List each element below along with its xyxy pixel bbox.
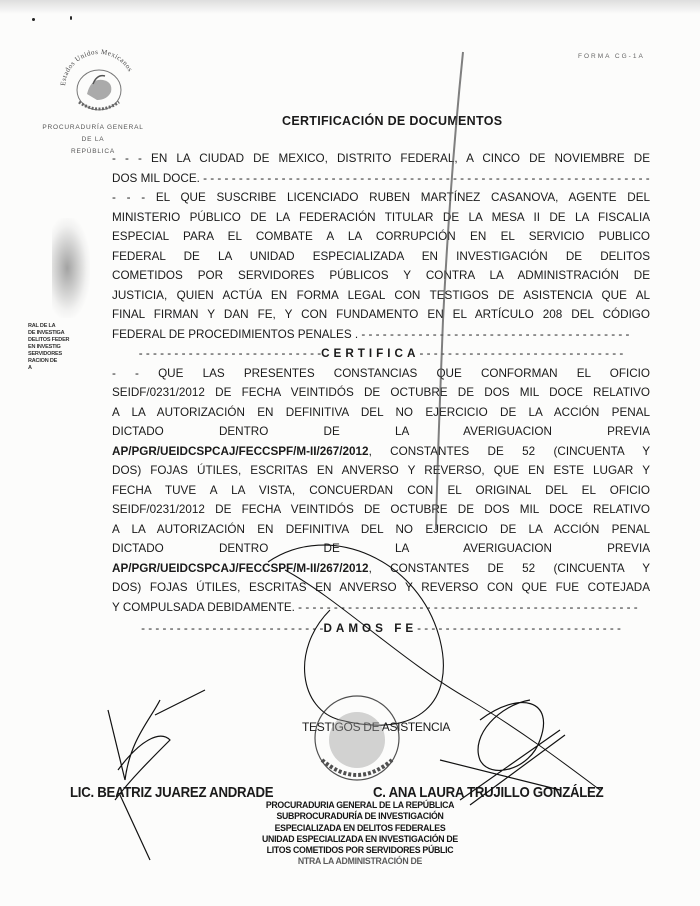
- body-line: DOS MIL DOCE. - - - - - - - - - - - - - …: [112, 172, 650, 186]
- round-seal-stamp: [315, 696, 399, 780]
- official-stamp-line: PROCURADURIA GENERAL DE LA REPÚBLICA: [240, 800, 479, 811]
- body-line-text: , CONSTANTES DE 52 (CINCUENTA Y: [369, 562, 650, 575]
- body-line: DICTADO DENTRO DE LA AVERIGUACION PREVIA: [112, 425, 650, 439]
- margin-stamp-line: A: [28, 365, 102, 372]
- body-line-text: , CONSTANTES DE 52 (CINCUENTA Y: [369, 445, 650, 458]
- official-stamp-line: SUBPROCURADURÍA DE INVESTIGACIÓN: [240, 811, 479, 822]
- body-line: FEDERAL DE PROCEDIMIENTOS PENALES . - - …: [112, 328, 650, 342]
- body-line: DOS) FOJAS ÚTILES, ESCRITAS EN ANVERSO Y…: [112, 464, 650, 478]
- body-line: DICTADO DENTRO DE LA AVERIGUACION PREVIA: [112, 542, 650, 556]
- document-page: Estados Unidos Mexicanos PROCURADURÍA GE…: [0, 0, 700, 906]
- margin-stamp-line: SERVIDORES: [28, 351, 102, 358]
- official-stamp-line: LITOS COMETIDOS POR SERVIDORES PÚBLIC: [240, 845, 479, 856]
- body-line: ESPECIAL PARA EL COMBATE A LA CORRUPCIÓN…: [112, 230, 650, 244]
- body-line: - - - EL QUE SUSCRIBE LICENCIADO RUBEN M…: [112, 191, 650, 205]
- agency-line: PROCURADURÍA GENERAL: [28, 122, 158, 134]
- form-code: FORMA CG-1A: [578, 53, 645, 60]
- damos-fe-heading: - - - - - - - - - - - - - - - - - - - - …: [112, 622, 650, 635]
- document-title: CERTIFICACIÓN DE DOCUMENTOS: [282, 114, 502, 128]
- body-line: FINAL FIRMAN Y DAN FE, Y CON FUNDAMENTO …: [112, 308, 650, 322]
- margin-stamp-line: RAL DE LA: [28, 323, 102, 330]
- official-stamp: PROCURADURIA GENERAL DE LA REPÚBLICASUBP…: [240, 800, 479, 868]
- ink-blot: [52, 218, 90, 318]
- body-line: - - - EN LA CIUDAD DE MEXICO, DISTRITO F…: [112, 152, 650, 166]
- body-line: AP/PGR/UEIDCSPCAJ/FECCSPF/M-II/267/2012,…: [112, 562, 650, 576]
- body-line: A LA AUTORIZACIÓN EN DEFINITIVA DEL NO E…: [112, 523, 650, 537]
- margin-stamp-line: RACION DE: [28, 358, 102, 365]
- margin-stamp-line: DE INVESTIGA: [28, 330, 102, 337]
- body-line: DOS) FOJAS ÚTILES, ESCRITAS EN ANVERSO Y…: [112, 581, 650, 595]
- national-seal-icon: Estados Unidos Mexicanos: [57, 44, 141, 120]
- signer-left-name: LIC. BEATRIZ JUAREZ ANDRADE: [70, 784, 273, 801]
- margin-stamp-line: DELITOS FEDER: [28, 337, 102, 344]
- body-line: Y COMPULSADA DEBIDAMENTE. - - - - - - - …: [112, 601, 650, 615]
- body-line: MINISTERIO PÚBLICO DE LA FEDERACIÓN TITU…: [112, 211, 650, 225]
- official-stamp-line: NTRA LA ADMINISTRACIÓN DE: [240, 856, 479, 867]
- body-line: SEIDF/0231/2012 DE FECHA VEINTIDÓS DE OC…: [112, 386, 650, 400]
- official-stamp-line: UNIDAD ESPECIALIZADA EN INVESTIGACIÓN DE: [240, 834, 479, 845]
- certifica-heading: - - - - - - - - - - - - - - - - - - - - …: [112, 347, 650, 360]
- body-line: AP/PGR/UEIDCSPCAJ/FECCSPF/M-II/267/2012,…: [112, 445, 650, 459]
- scan-edge-shadow: [0, 0, 700, 14]
- official-stamp-line: ESPECIALIZADA EN DELITOS FEDERALES: [240, 823, 479, 834]
- body-line: A LA AUTORIZACIÓN EN DEFINITIVA DEL NO E…: [112, 406, 650, 420]
- body-line: JUSTICIA, QUIEN ACTÚA EN FORMA LEGAL CON…: [112, 289, 650, 303]
- margin-stamp-line: EN INVESTIG: [28, 344, 102, 351]
- margin-stamp: RAL DE LADE INVESTIGADELITOS FEDEREN INV…: [28, 323, 102, 372]
- file-reference: AP/PGR/UEIDCSPCAJ/FECCSPF/M-II/267/2012: [112, 562, 369, 575]
- signature-left: [108, 690, 205, 860]
- body-line: COMETIDOS POR SERVIDORES PÚBLICOS Y CONT…: [112, 269, 650, 283]
- file-reference: AP/PGR/UEIDCSPCAJ/FECCSPF/M-II/267/2012: [112, 445, 369, 458]
- body-line: FECHA TUVE A LA VISTA, CONCUERDAN CON EL…: [112, 484, 650, 498]
- body-line: FEDERAL DE LA UNIDAD ESPECIALIZADA EN IN…: [112, 250, 650, 264]
- agency-line: DE LA: [28, 134, 158, 146]
- witnesses-label: TESTIGOS DE ASISTENCIA: [302, 720, 450, 734]
- signer-right-name: C. ANA LAURA TRUJILLO GONZÁLEZ: [373, 784, 603, 801]
- body-line: SEIDF/0231/2012 DE FECHA VEINTIDÓS DE OC…: [112, 503, 650, 517]
- body-line: - - QUE LAS PRESENTES CONSTANCIAS QUE CO…: [112, 367, 650, 381]
